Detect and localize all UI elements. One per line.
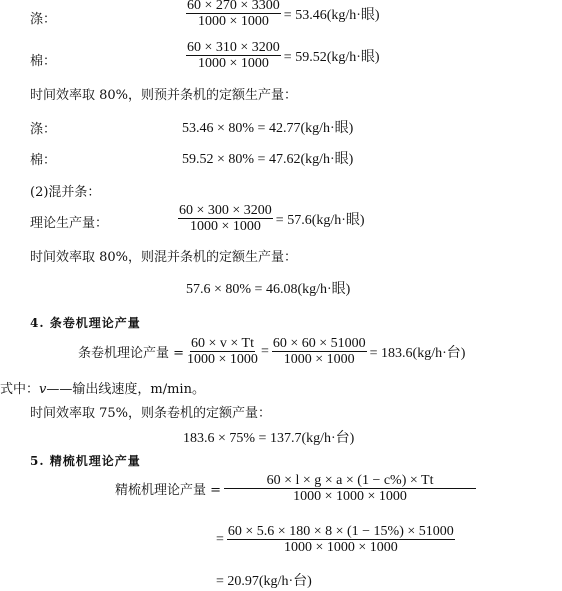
symbolic-fraction: 60 × v × Tt 1000 × 1000	[187, 336, 258, 367]
denominator: 1000 × 1000	[284, 352, 355, 367]
numerator: 60 × v × Tt	[190, 336, 255, 352]
denominator: 1000 × 1000	[190, 219, 261, 234]
numerator: 60 × 270 × 3300	[186, 0, 281, 14]
numerator: 60 × l × g × a × (1 − c%) × Tt	[224, 473, 476, 489]
lap-rated-expression: 183.6 × 75% = 137.7(kg/h·台)	[183, 427, 354, 447]
rated-polyester-label: 涤：	[30, 118, 56, 137]
lap-efficiency-note: 时间效率取 75%，则条卷机的定额产量：	[30, 402, 271, 421]
result: = 53.46(kg/h·眼)	[284, 4, 380, 24]
formula-label: 精梳机理论产量 =	[115, 479, 221, 498]
comber-result: = 20.97(kg/h·台)	[216, 570, 312, 590]
pre-drawing-efficiency-note: 时间效率取 80%，则预并条机的定额生产量：	[30, 84, 297, 103]
lap-machine-formula: 条卷机理论产量 = 60 × v × Tt 1000 × 1000 = 60 ×…	[78, 336, 465, 367]
section-5-heading: 5. 精梳机理论产量	[30, 452, 141, 469]
equals-sign: =	[216, 532, 224, 548]
rated-polyester-expression: 53.46 × 80% = 42.77(kg/h·眼)	[182, 117, 353, 137]
where-clause: 式中：v——输出线速度，m/min。	[0, 378, 205, 397]
fraction: 60 × 270 × 3300 1000 × 1000	[186, 0, 281, 29]
denominator: 1000 × 1000	[198, 56, 269, 71]
comber-value-formula: = 60 × 5.6 × 180 × 8 × (1 − 15%) × 51000…	[216, 524, 455, 555]
comber-formula: 精梳机理论产量 = 60 × l × g × a × (1 − c%) × Tt…	[115, 473, 476, 504]
fraction: 60 × 300 × 3200 1000 × 1000	[178, 203, 273, 234]
section-4-heading: 4. 条卷机理论产量	[30, 314, 141, 331]
numerator: 60 × 60 × 51000	[272, 336, 367, 352]
mixed-efficiency-note: 时间效率取 80%，则混并条机的定额生产量：	[30, 246, 297, 265]
numerator: 60 × 300 × 3200	[178, 203, 273, 219]
denominator: 1000 × 1000 × 1000	[293, 489, 407, 504]
mixed-theoretical-label: 理论生产量：	[30, 212, 108, 231]
fraction: 60 × 310 × 3200 1000 × 1000	[186, 40, 281, 71]
result: = 183.6(kg/h·台)	[370, 342, 466, 362]
numerator: 60 × 5.6 × 180 × 8 × (1 − 15%) × 51000	[227, 524, 455, 540]
numeric-fraction: 60 × 5.6 × 180 × 8 × (1 − 15%) × 51000 1…	[227, 524, 455, 555]
where-prefix: 式中：	[0, 382, 39, 397]
symbolic-fraction: 60 × l × g × a × (1 − c%) × Tt 1000 × 10…	[224, 473, 476, 504]
mixed-theoretical-formula: 60 × 300 × 3200 1000 × 1000 = 57.6(kg/h·…	[178, 203, 365, 234]
cotton-theoretical-formula: 60 × 310 × 3200 1000 × 1000 = 59.52(kg/h…	[186, 40, 380, 71]
cotton-label: 棉：	[30, 50, 56, 69]
polyester-label: 涤：	[30, 8, 56, 27]
result: = 59.52(kg/h·眼)	[284, 46, 380, 66]
rated-cotton-label: 棉：	[30, 149, 56, 168]
result: = 57.6(kg/h·眼)	[276, 209, 365, 229]
denominator: 1000 × 1000	[198, 14, 269, 29]
mixed-drawing-title: (2)混并条：	[30, 181, 100, 200]
rated-cotton-expression: 59.52 × 80% = 47.62(kg/h·眼)	[182, 148, 353, 168]
equals-sign: =	[261, 344, 269, 360]
formula-label: 条卷机理论产量 =	[78, 342, 184, 361]
denominator: 1000 × 1000 × 1000	[284, 540, 398, 555]
numerator: 60 × 310 × 3200	[186, 40, 281, 56]
polyester-theoretical-formula: 60 × 270 × 3300 1000 × 1000 = 53.46(kg/h…	[186, 0, 380, 29]
numeric-fraction: 60 × 60 × 51000 1000 × 1000	[272, 336, 367, 367]
where-description: ——输出线速度，m/min。	[46, 382, 205, 397]
mixed-rated-expression: 57.6 × 80% = 46.08(kg/h·眼)	[186, 278, 350, 298]
denominator: 1000 × 1000	[187, 352, 258, 367]
